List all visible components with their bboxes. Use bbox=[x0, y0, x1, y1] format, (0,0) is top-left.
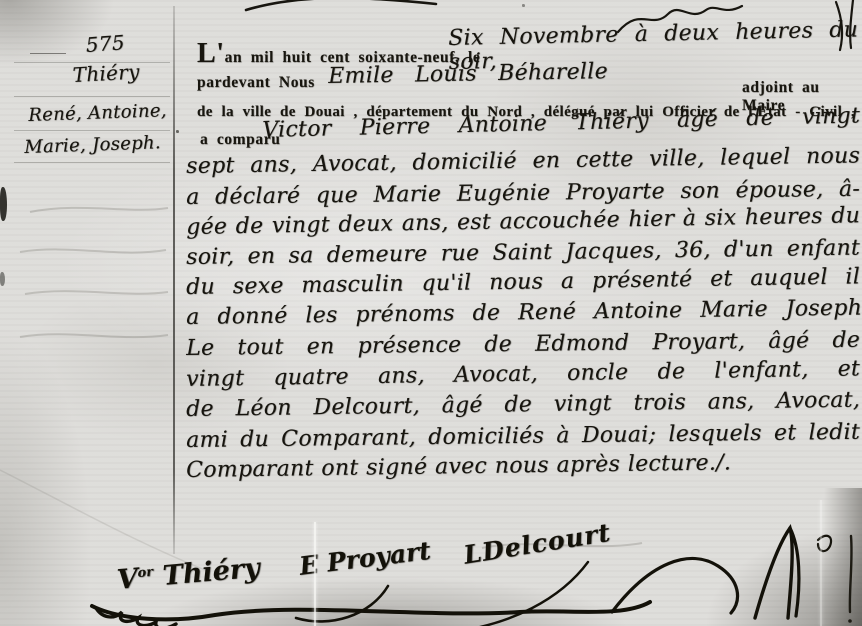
handwritten-body-line: vingt quatre ans, Avocat, oncle de l'enf… bbox=[186, 357, 860, 392]
margin-ruled-line bbox=[30, 53, 66, 54]
signature-initial: E bbox=[298, 550, 320, 581]
margin-given-names-line2: Marie, Joseph. bbox=[24, 133, 161, 158]
handwritten-body-line: ami du Comparant, domiciliés à Douai; le… bbox=[186, 421, 860, 453]
margin-act-number: 575 bbox=[85, 31, 126, 56]
ink-speck bbox=[522, 4, 525, 7]
margin-ruled-line bbox=[14, 162, 170, 163]
handwritten-body-line: Comparant ont signé avec nous après lect… bbox=[186, 451, 731, 483]
margin-given-names-line1: René, Antoine, bbox=[28, 101, 167, 126]
printed-line-pardevant: pardevant Nous bbox=[197, 74, 315, 92]
signature-name: Delcourt bbox=[480, 518, 613, 567]
margin-ruled-line bbox=[14, 130, 170, 131]
handwritten-body-line: Le tout en présence de Edmond Proyart, â… bbox=[186, 329, 860, 361]
margin-surname: Thiéry bbox=[72, 60, 140, 85]
margin-rule-line bbox=[173, 6, 175, 554]
signature-initial: V bbox=[116, 563, 140, 596]
ink-speck bbox=[176, 130, 179, 133]
scanned-register-page: 575 Thiéry René, Antoine, Marie, Joseph.… bbox=[0, 0, 862, 626]
scan-seam-line-right bbox=[820, 500, 822, 626]
handwritten-body-line: du sexe masculin qu'il nous a présenté e… bbox=[186, 265, 860, 300]
ink-blot bbox=[0, 187, 7, 221]
handwritten-body-line: gée de vingt deux ans, est accouchée hie… bbox=[186, 204, 860, 240]
signature-name: Thiéry bbox=[162, 553, 261, 592]
handwritten-body-line: de Léon Delcourt, âgé de vingt trois ans… bbox=[186, 389, 860, 423]
margin-ruled-line bbox=[14, 96, 170, 97]
page-edge-shadow bbox=[824, 488, 862, 626]
scan-seam-line bbox=[314, 522, 316, 626]
handwritten-body-line: sept ans, Avocat, domicilié en cette vil… bbox=[186, 144, 860, 179]
handwritten-body-line: a donné les prénoms de René Antoine Mari… bbox=[186, 297, 862, 331]
official-signature-flourish bbox=[612, 528, 852, 623]
signature-proyart: E Proyart bbox=[298, 538, 432, 579]
signature-superscript: or bbox=[137, 565, 154, 581]
signature-delcourt: LDelcourt bbox=[462, 520, 613, 568]
ink-blot bbox=[0, 272, 5, 286]
signature-name: Proyart bbox=[325, 536, 432, 577]
handwritten-officer-name: Emile Louis Béharelle bbox=[328, 60, 608, 89]
signature-thiery: Vor Thiéry bbox=[116, 555, 261, 594]
